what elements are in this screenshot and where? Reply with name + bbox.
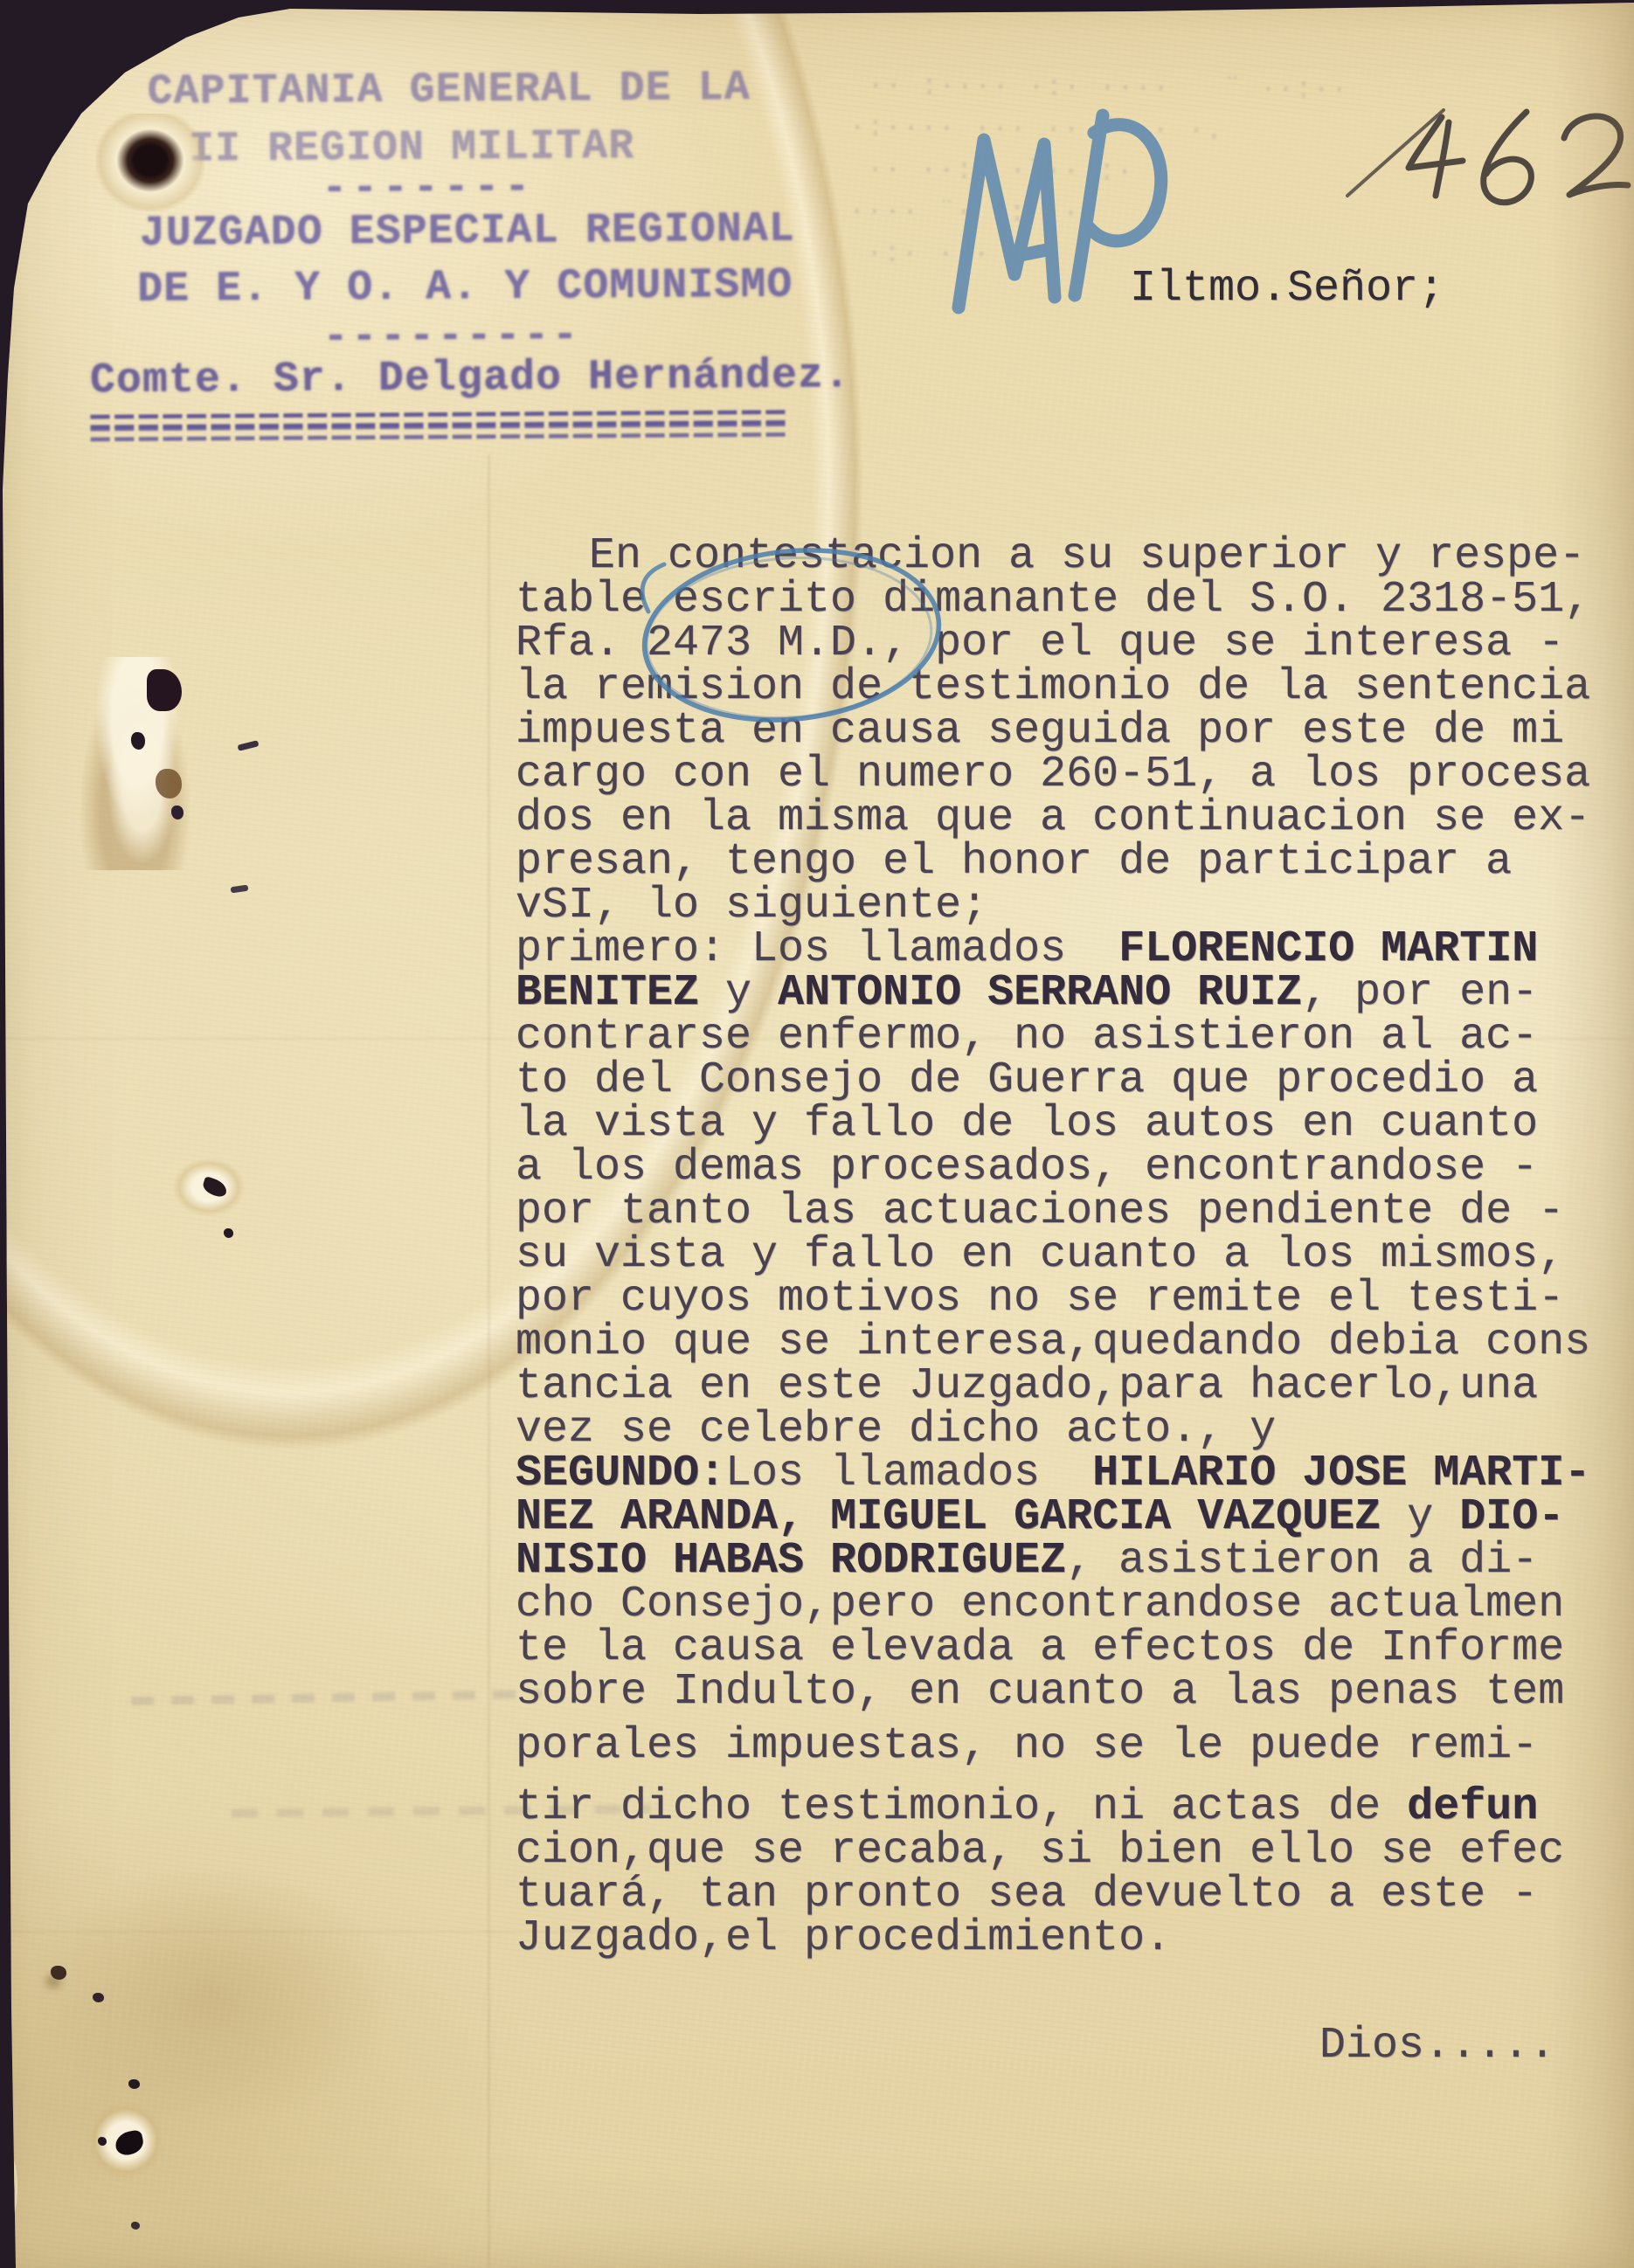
body-line: En contestacion a su superior y respe- — [516, 535, 1634, 578]
body-text: En contestacion a su superior y respe-ta… — [516, 535, 1634, 2068]
body-line: dos en la misma que a continuacion se ex… — [516, 797, 1634, 840]
letterhead-line-materia: DE E. Y O. A. Y COMUNISMO — [137, 262, 793, 314]
body-line: primero: Los llamados FLORENCIO MARTIN — [516, 928, 1634, 972]
body-line: por tanto las actuaciones pendiente de - — [516, 1190, 1634, 1234]
letterhead-signer: Comte. Sr. Delgado Hernández. — [90, 352, 850, 405]
ink-speck — [128, 2079, 140, 2089]
paper-crease — [488, 454, 490, 2268]
body-line: monio que se interesa,quedando debia con… — [516, 1321, 1634, 1365]
bleedthrough-text: ·· :···· ·:· ···· ¨ ··:·· ·:···· ··· ·· … — [812, 66, 1504, 281]
bleedthrough-row: ···· ¨· ·: · — [812, 191, 1502, 239]
body-line: la remision de testimonio de la sentenci… — [516, 666, 1634, 709]
body-line: tuará, tan pronto sea devuelto a este - — [516, 1873, 1634, 1917]
body-line: a los demas procesados, encontrandose - — [516, 1146, 1634, 1190]
letterhead-line-juzgado: JUZGADO ESPECIAL REGIONAL — [140, 206, 795, 258]
body-line: su vista y fallo en cuanto a los mismos, — [516, 1234, 1634, 1277]
ink-speck — [131, 2222, 140, 2230]
letterhead-line-capitania: CAPITANIA GENERAL DE LA — [148, 65, 751, 116]
letterhead-underline: ============================= — [88, 398, 788, 447]
letterhead-separator-1: ------- — [322, 164, 535, 213]
ink-speck — [51, 1966, 66, 1980]
body-line: cho Consejo,pero encontrandose actualmen — [516, 1583, 1634, 1627]
body-line: tancia en este Juzgado,para hacerlo,una — [516, 1365, 1634, 1408]
paper-hole — [96, 114, 204, 211]
body-line: la vista y fallo de los autos en cuanto — [516, 1103, 1634, 1146]
paper-crease — [0, 1931, 786, 1933]
body-line: to del Consejo de Guerra que procedio a — [516, 1059, 1634, 1103]
body-line: vSI, lo siguiente; — [516, 884, 1634, 928]
paper-sheet: CAPITANIA GENERAL DE LA II REGION MILITA… — [0, 0, 1634, 2268]
body-line: porales impuestas, no se le puede remi- — [516, 1725, 1634, 1768]
body-line: cargo con el numero 260-51, a los proces… — [516, 753, 1634, 797]
bleedthrough-row: ·· :···· ·:· ···· ¨ ··:·· — [814, 66, 1504, 114]
body-line: NISIO HABAS RODRIGUEZ, asistieron a di- — [516, 1539, 1634, 1583]
body-line: presan, tengo el honor de participar a — [516, 840, 1634, 884]
ink-dash — [238, 740, 260, 751]
ink-speck — [98, 2137, 107, 2146]
body-line: table escrito dimanante del S.O. 2318-51… — [516, 578, 1634, 622]
body-line: contrarse enfermo, no asistieron al ac- — [516, 1015, 1634, 1059]
edge-chip — [0, 2226, 15, 2266]
body-line: SEGUNDO:Los llamados HILARIO JOSE MARTI- — [516, 1452, 1634, 1496]
paper-crease — [0, 1038, 1634, 1040]
ink-speck — [131, 732, 145, 750]
ink-speck — [147, 669, 182, 711]
body-line: te la causa elevada a efectos de Informe — [516, 1627, 1634, 1670]
bleedthrough-row: ·· ··:· ·¨·· :· — [813, 149, 1503, 197]
salutation: Iltmo.Señor; — [1130, 264, 1444, 314]
ink-speck — [93, 1993, 104, 2002]
body-line: tir dicho testimonio, ni actas de defun — [516, 1786, 1634, 1829]
body-line: vez se celebre dicho acto., y — [516, 1408, 1634, 1452]
body-line: impuesta en causa seguida por este de mi — [516, 709, 1634, 753]
edge-chip — [0, 2156, 17, 2219]
body-line: Dios..... — [516, 2024, 1634, 2068]
body-line: Juzgado,el procedimiento. — [516, 1917, 1634, 1960]
ink-speck — [171, 806, 183, 819]
rust-speck — [156, 769, 182, 799]
body-line: NEZ ARANDA, MIGUEL GARCIA VAZQUEZ y DIO- — [516, 1496, 1634, 1539]
paper-puncture — [173, 1158, 245, 1216]
body-line: BENITEZ y ANTONIO SERRANO RUIZ, por en- — [516, 972, 1634, 1015]
ink-dash — [231, 885, 249, 894]
body-line: cion,que se recaba, si bien ello se efec — [516, 1829, 1634, 1873]
body-line: sobre Indulto, en cuanto a las penas tem — [516, 1670, 1634, 1714]
body-line: Rfa. 2473 M.D., por el que se interesa - — [516, 622, 1634, 666]
scanned-document-page: CAPITANIA GENERAL DE LA II REGION MILITA… — [0, 0, 1634, 2268]
bleedthrough-smudge — [131, 1690, 542, 1705]
ink-speck — [224, 1228, 233, 1238]
body-line: por cuyos motivos no se remite el testi- — [516, 1277, 1634, 1321]
bleedthrough-row: ·:···· ··· ·· ¨··· ·. — [813, 107, 1503, 156]
